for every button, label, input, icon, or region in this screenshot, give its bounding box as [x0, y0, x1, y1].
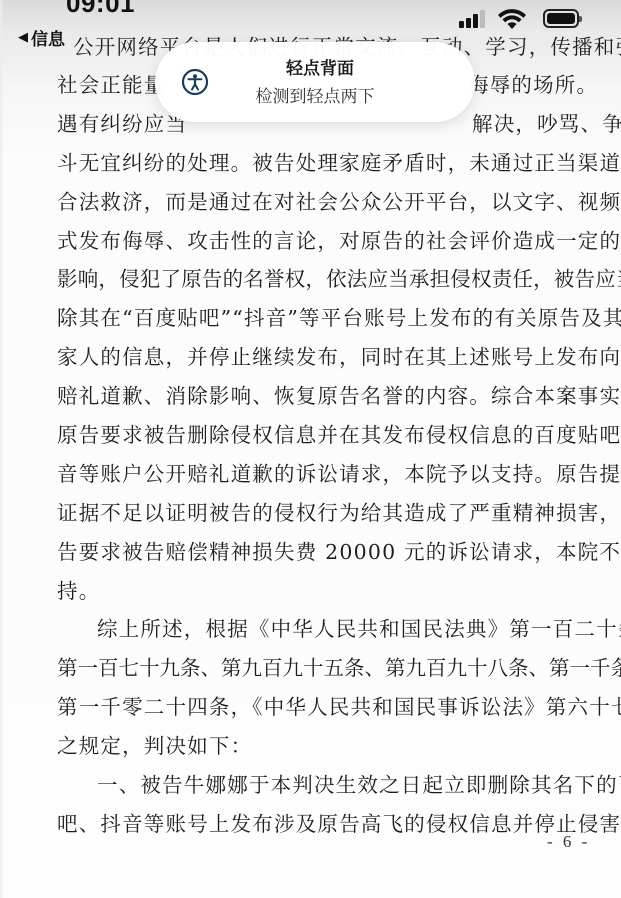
doc-line-14: 告要求被告赔偿精神损失费 20000 元的诉讼请求，本院不予支 — [57, 537, 589, 567]
toast-subtitle: 检测到轻点两下 — [195, 82, 435, 107]
doc-line-4: 斗无宜纠纷的处理。被告处理家庭矛盾时，未通过正当渠道寻求 — [57, 148, 589, 178]
doc-line-2-right: 侮辱的场所。 — [468, 70, 598, 100]
status-time: 09:01 — [66, 0, 135, 19]
doc-line-3-left: 遇有纠纷应当 — [57, 109, 187, 139]
cellular-signal-icon — [459, 10, 489, 28]
doc-line-15: 持。 — [57, 576, 100, 606]
doc-line-11: 原告要求被告删除侵权信息并在其发布侵权信息的百度贴吧、抖 — [57, 420, 589, 450]
back-triangle-icon: ◀ — [18, 30, 28, 45]
doc-line-3-right: 解决，吵骂、争 — [472, 109, 621, 139]
back-tap-notification[interactable]: 轻点背面 检测到轻点两下 — [155, 42, 475, 122]
toast-title: 轻点背面 — [215, 54, 425, 79]
doc-line-20: 一、被告牛娜娜于本判决生效之日起立即删除其名下的百度贴 — [97, 770, 589, 800]
doc-line-21: 吧、抖音等账号上发布涉及原告高飞的侵权信息并停止侵害原告高 — [57, 809, 589, 839]
doc-line-8: 除其在“百度贴吧”“抖音”等平台账号上发布的有关原告及其 — [57, 303, 589, 333]
doc-line-18: 第一千零二十四条，《中华人民共和国民事诉讼法》第六十七条 — [57, 692, 589, 722]
wifi-icon — [498, 8, 526, 30]
doc-line-12: 音等账户公开赔礼道歉的诉讼请求，本院予以支持。原告提交的 — [57, 459, 589, 489]
page-number: - 6 - — [547, 832, 590, 852]
doc-line-17: 第一百七十九条、第九百九十五条、第九百九十八条、第一千条、 — [57, 653, 589, 683]
doc-line-9: 家人的信息，并停止继续发布，同时在其上述账号上发布向原告 — [57, 342, 589, 372]
back-link-label: 信息 — [31, 25, 65, 50]
status-bar: 09:01 — [0, 0, 621, 30]
doc-line-5: 合法救济，而是通过在对社会公众公开平台，以文字、视频的形 — [57, 187, 589, 217]
back-to-messages-link[interactable]: ◀ 信息 — [18, 26, 65, 48]
doc-line-10: 赔礼道歉、消除影响、恢复原告名誉的内容。综合本案事实，对 — [57, 381, 589, 411]
battery-icon — [543, 9, 579, 28]
doc-line-2-left: 社会正能量 — [57, 70, 166, 100]
doc-line-13: 证据不足以证明被告的侵权行为给其造成了严重精神损害，对原 — [57, 498, 589, 528]
doc-line-6: 式发布侮辱、攻击性的言论，对原告的社会评价造成一定的负面 — [57, 226, 589, 256]
doc-line-16: 综上所述，根据《中华人民共和国民法典》第一百二十条、 — [97, 614, 589, 644]
doc-line-19: 之规定，判决如下： — [57, 731, 252, 761]
screen-edge — [0, 0, 4, 898]
doc-line-7: 影响，侵犯了原告的名誉权，依法应当承担侵权责任，被告应当删 — [57, 264, 589, 294]
